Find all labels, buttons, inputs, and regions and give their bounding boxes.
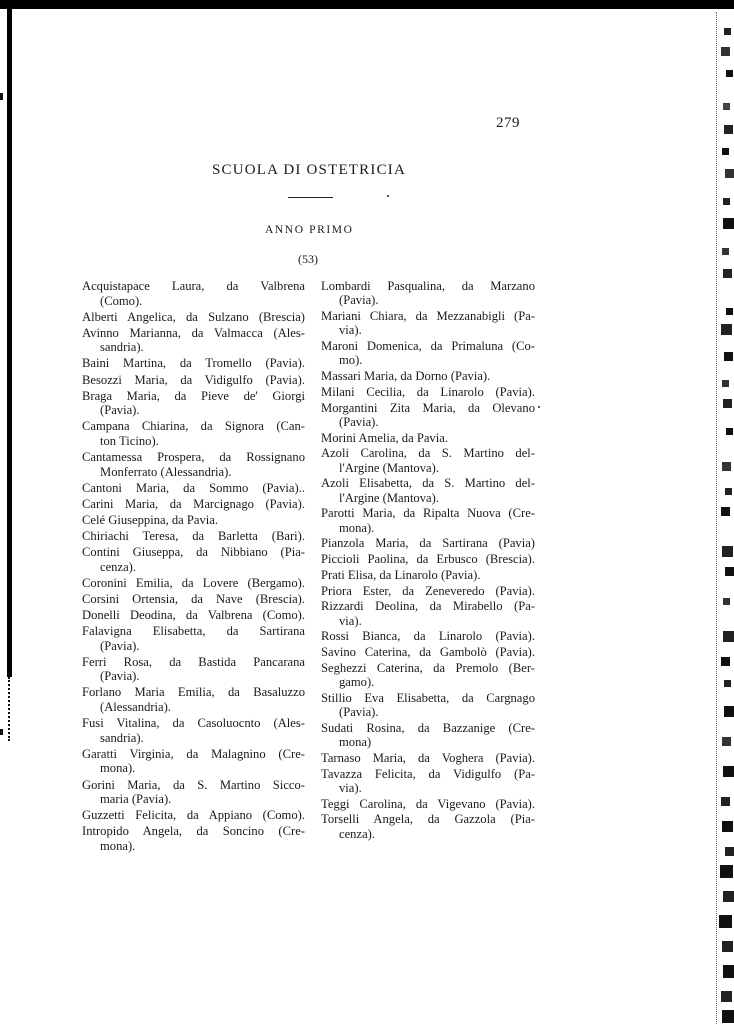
entry-line: via).	[321, 781, 535, 795]
entry-line: Pianzola Maria, da Sartirana (Pavia)	[321, 536, 535, 550]
list-item: Morgantini Zita Maria, da Olevano(Pavia)…	[321, 401, 535, 430]
entry-line: Donelli Deodina, da Valbrena (Como).	[82, 608, 305, 623]
entry-line: sandria).	[82, 731, 305, 746]
entry-line: cenza).	[321, 827, 535, 841]
scan-speck	[538, 406, 540, 408]
entry-line: Garatti Virginia, da Malagnino (Cre-	[82, 747, 305, 762]
entry-line: Azoli Carolina, da S. Martino del-	[321, 446, 535, 460]
list-item: Baini Martina, da Tromello (Pavia).	[82, 356, 305, 371]
title-divider	[288, 197, 333, 198]
list-item: Forlano Maria Emilia, da Basaluzzo(Aless…	[82, 685, 305, 714]
list-item: Carini Maria, da Marcignago (Pavia).	[82, 497, 305, 512]
entry-line: Chiriachi Teresa, da Barletta (Bari).	[82, 529, 305, 544]
entry-line: Carini Maria, da Marcignago (Pavia).	[82, 497, 305, 512]
entry-line: Monferrato (Alessandria).	[82, 465, 305, 480]
entry-line: Corsini Ortensia, da Nave (Brescia).	[82, 592, 305, 607]
entry-line: gamo).	[321, 675, 535, 689]
list-item: Massari Maria, da Dorno (Pavia).	[321, 369, 535, 383]
entry-line: ton Ticino).	[82, 434, 305, 449]
student-count: (53)	[298, 252, 318, 267]
entry-line: Teggi Carolina, da Vigevano (Pavia).	[321, 797, 535, 811]
entry-line: cenza).	[82, 560, 305, 575]
list-item: Tarnaso Maria, da Voghera (Pavia).	[321, 751, 535, 765]
entry-line: l'Argine (Mantova).	[321, 491, 535, 505]
entry-line: Fusi Vitalina, da Casoluocnto (Ales-	[82, 716, 305, 731]
list-item: Priora Ester, da Zeneveredo (Pavia).	[321, 584, 535, 598]
list-item: Ferri Rosa, da Bastida Pancarana(Pavia).	[82, 655, 305, 684]
entry-line: Prati Elisa, da Linarolo (Pavia).	[321, 568, 535, 582]
entry-line: mo).	[321, 353, 535, 367]
list-item: Azoli Elisabetta, da S. Martino del-l'Ar…	[321, 476, 535, 505]
entry-line: Celé Giuseppina, da Pavia.	[82, 513, 305, 528]
entry-line: Tarnaso Maria, da Voghera (Pavia).	[321, 751, 535, 765]
entry-line: Forlano Maria Emilia, da Basaluzzo	[82, 685, 305, 700]
entry-line: Rossi Bianca, da Linarolo (Pavia).	[321, 629, 535, 643]
list-item: Gorini Maria, da S. Martino Sicco-maria …	[82, 778, 305, 807]
entry-line: Guzzetti Felicita, da Appiano (Como).	[82, 808, 305, 823]
page-number: 279	[496, 115, 520, 132]
list-item: Cantoni Maria, da Sommo (Pavia)..	[82, 481, 305, 496]
list-item: Prati Elisa, da Linarolo (Pavia).	[321, 568, 535, 582]
entry-line: Milani Cecilia, da Linarolo (Pavia).	[321, 385, 535, 399]
entry-line: Torselli Angela, da Gazzola (Pia-	[321, 812, 535, 826]
entry-line: Braga Maria, da Pieve de' Giorgi	[82, 389, 305, 404]
list-item: Maroni Domenica, da Primaluna (Co-mo).	[321, 339, 535, 368]
entry-line: maria (Pavia).	[82, 792, 305, 807]
entry-line: Maroni Domenica, da Primaluna (Co-	[321, 339, 535, 353]
entry-line: via).	[321, 323, 535, 337]
entry-line: Sudati Rosina, da Bazzanige (Cre-	[321, 721, 535, 735]
list-item: Alberti Angelica, da Sulzano (Brescia)	[82, 310, 305, 325]
page-title: SCUOLA DI OSTETRICIA	[212, 162, 406, 179]
entry-line: Intropido Angela, da Soncino (Cre-	[82, 824, 305, 839]
entry-line: via).	[321, 614, 535, 628]
list-item: Savino Caterina, da Gambolò (Pavia).	[321, 645, 535, 659]
list-item: Falavigna Elisabetta, da Sartirana(Pavia…	[82, 624, 305, 653]
entry-line: mona).	[321, 521, 535, 535]
entry-line: Morini Amelia, da Pavia.	[321, 431, 535, 445]
entry-line: Seghezzi Caterina, da Premolo (Ber-	[321, 661, 535, 675]
entry-line: sandria).	[82, 340, 305, 355]
list-item: Contini Giuseppa, da Nibbiano (Pia-cenza…	[82, 545, 305, 574]
entry-line: Gorini Maria, da S. Martino Sicco-	[82, 778, 305, 793]
entry-line: Massari Maria, da Dorno (Pavia).	[321, 369, 535, 383]
list-item: Mariani Chiara, da Mezzanabigli (Pa-via)…	[321, 309, 535, 338]
list-item: Torselli Angela, da Gazzola (Pia-cenza).	[321, 812, 535, 841]
list-item: Teggi Carolina, da Vigevano (Pavia).	[321, 797, 535, 811]
list-item: Campana Chiarina, da Signora (Can-ton Ti…	[82, 419, 305, 448]
entry-line: Coronini Emilia, da Lovere (Bergamo).	[82, 576, 305, 591]
list-item: Celé Giuseppina, da Pavia.	[82, 513, 305, 528]
list-item: Azoli Carolina, da S. Martino del-l'Argi…	[321, 446, 535, 475]
entry-line: Mariani Chiara, da Mezzanabigli (Pa-	[321, 309, 535, 323]
scan-top-border	[0, 0, 734, 9]
entry-line: Campana Chiarina, da Signora (Can-	[82, 419, 305, 434]
list-item: Seghezzi Caterina, da Premolo (Ber-gamo)…	[321, 661, 535, 690]
entry-line: (Pavia).	[321, 705, 535, 719]
entry-line: Parotti Maria, da Ripalta Nuova (Cre-	[321, 506, 535, 520]
entry-line: Piccioli Paolina, da Erbusco (Brescia).	[321, 552, 535, 566]
entry-line: l'Argine (Mantova).	[321, 461, 535, 475]
list-item: Parotti Maria, da Ripalta Nuova (Cre-mon…	[321, 506, 535, 535]
list-item: Piccioli Paolina, da Erbusco (Brescia).	[321, 552, 535, 566]
names-column-left: Acquistapace Laura, da Valbrena(Como). A…	[82, 279, 305, 853]
list-item: Avinno Marianna, da Valmacca (Ales-sandr…	[82, 326, 305, 355]
scan-left-border-fade	[8, 677, 10, 741]
list-item: Intropido Angela, da Soncino (Cre-mona).	[82, 824, 305, 853]
list-item: Pianzola Maria, da Sartirana (Pavia)	[321, 536, 535, 550]
entry-line: Contini Giuseppa, da Nibbiano (Pia-	[82, 545, 305, 560]
entry-line: Baini Martina, da Tromello (Pavia).	[82, 356, 305, 371]
scan-mark	[0, 729, 3, 735]
entry-line: (Alessandria).	[82, 700, 305, 715]
list-item: Tavazza Felicita, da Vidigulfo (Pa-via).	[321, 767, 535, 796]
entry-line: (Pavia).	[321, 293, 535, 307]
list-item: Sudati Rosina, da Bazzanige (Cre-mona)	[321, 721, 535, 750]
scan-mark	[0, 93, 3, 100]
entry-line: (Pavia).	[82, 639, 305, 654]
entry-line: Stillio Eva Elisabetta, da Cargnago	[321, 691, 535, 705]
entry-line: Lombardi Pasqualina, da Marzano	[321, 279, 535, 293]
list-item: Coronini Emilia, da Lovere (Bergamo).	[82, 576, 305, 591]
list-item: Acquistapace Laura, da Valbrena(Como).	[82, 279, 305, 308]
entry-line: Morgantini Zita Maria, da Olevano	[321, 401, 535, 415]
entry-line: mona)	[321, 735, 535, 749]
entry-line: Avinno Marianna, da Valmacca (Ales-	[82, 326, 305, 341]
entry-line: mona).	[82, 839, 305, 854]
entry-line: Rizzardi Deolina, da Mirabello (Pa-	[321, 599, 535, 613]
list-item: Lombardi Pasqualina, da Marzano(Pavia).	[321, 279, 535, 308]
list-item: Rossi Bianca, da Linarolo (Pavia).	[321, 629, 535, 643]
scan-speck	[387, 195, 389, 197]
entry-line: (Como).	[82, 294, 305, 309]
list-item: Braga Maria, da Pieve de' Giorgi(Pavia).	[82, 389, 305, 418]
list-item: Besozzi Maria, da Vidigulfo (Pavia).	[82, 373, 305, 388]
entry-line: Cantamessa Prospera, da Rossignano	[82, 450, 305, 465]
list-item: Fusi Vitalina, da Casoluocnto (Ales-sand…	[82, 716, 305, 745]
list-item: Morini Amelia, da Pavia.	[321, 431, 535, 445]
list-item: Guzzetti Felicita, da Appiano (Como).	[82, 808, 305, 823]
entry-line: Cantoni Maria, da Sommo (Pavia)..	[82, 481, 305, 496]
names-column-right: Lombardi Pasqualina, da Marzano(Pavia). …	[321, 279, 535, 841]
list-item: Chiriachi Teresa, da Barletta (Bari).	[82, 529, 305, 544]
entry-line: (Pavia).	[82, 403, 305, 418]
entry-line: Alberti Angelica, da Sulzano (Brescia)	[82, 310, 305, 325]
entry-line: Tavazza Felicita, da Vidigulfo (Pa-	[321, 767, 535, 781]
entry-line: mona).	[82, 761, 305, 776]
entry-line: Besozzi Maria, da Vidigulfo (Pavia).	[82, 373, 305, 388]
entry-line: Ferri Rosa, da Bastida Pancarana	[82, 655, 305, 670]
entry-line: (Pavia).	[321, 415, 535, 429]
list-item: Rizzardi Deolina, da Mirabello (Pa-via).	[321, 599, 535, 628]
scan-right-fold-line	[716, 12, 717, 1024]
entry-line: (Pavia).	[82, 669, 305, 684]
scan-left-border	[7, 9, 12, 677]
entry-line: Acquistapace Laura, da Valbrena	[82, 279, 305, 294]
list-item: Stillio Eva Elisabetta, da Cargnago(Pavi…	[321, 691, 535, 720]
section-heading: ANNO PRIMO	[265, 224, 354, 236]
entry-line: Azoli Elisabetta, da S. Martino del-	[321, 476, 535, 490]
list-item: Donelli Deodina, da Valbrena (Como).	[82, 608, 305, 623]
entry-line: Falavigna Elisabetta, da Sartirana	[82, 624, 305, 639]
list-item: Cantamessa Prospera, da RossignanoMonfer…	[82, 450, 305, 479]
scan-right-edge-noise	[722, 10, 725, 13]
entry-line: Priora Ester, da Zeneveredo (Pavia).	[321, 584, 535, 598]
list-item: Corsini Ortensia, da Nave (Brescia).	[82, 592, 305, 607]
entry-line: Savino Caterina, da Gambolò (Pavia).	[321, 645, 535, 659]
list-item: Milani Cecilia, da Linarolo (Pavia).	[321, 385, 535, 399]
list-item: Garatti Virginia, da Malagnino (Cre-mona…	[82, 747, 305, 776]
